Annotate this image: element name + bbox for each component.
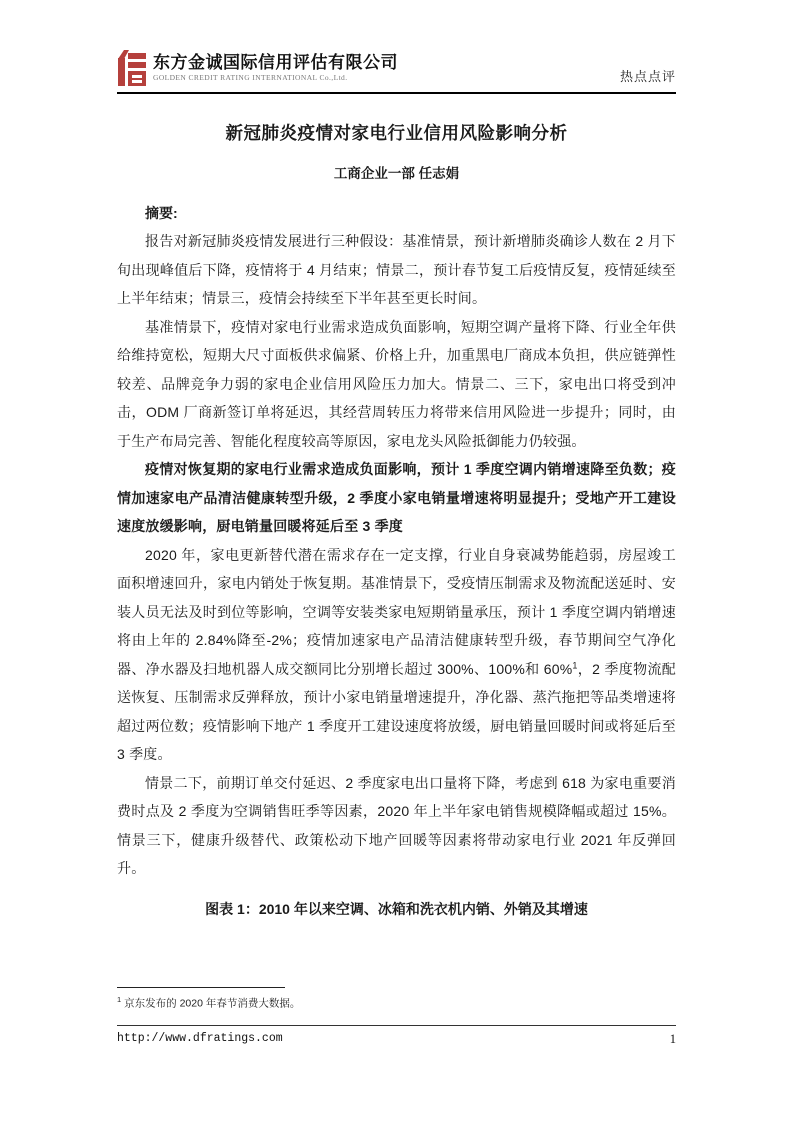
page-footer: http://www.dfratings.com 1 [117, 1025, 676, 1047]
brand-block: 东方金诚国际信用评估有限公司 GOLDEN CREDIT RATING INTE… [117, 49, 398, 87]
paragraph-scenario-2-3: 情景二下，前期订单交付延迟、2 季度家电出口量将下降，考虑到 618 为家电重要… [117, 769, 676, 883]
article-title: 新冠肺炎疫情对家电行业信用风险影响分析 [117, 120, 676, 145]
report-page: 东方金诚国际信用评估有限公司 GOLDEN CREDIT RATING INTE… [0, 0, 793, 1122]
brand-names: 东方金诚国际信用评估有限公司 GOLDEN CREDIT RATING INTE… [153, 54, 398, 82]
paragraph-2020-outlook-text: 2020 年，家电更新替代潜在需求存在一定支撑，行业自身衰减势能趋弱，房屋竣工面… [117, 547, 676, 677]
footnote-1-text: 京东发布的 2020 年春节消费大数据。 [124, 998, 300, 1010]
footer-website-link[interactable]: http://www.dfratings.com [117, 1032, 283, 1045]
footnote-1: 1京东发布的 2020 年春节消费大数据。 [117, 995, 676, 1011]
footnote-block: 1京东发布的 2020 年春节消费大数据。 [117, 987, 676, 1011]
footnote-1-marker: 1 [117, 995, 121, 1004]
article-author: 工商企业一部 任志娟 [117, 162, 676, 182]
paragraph-assumptions: 报告对新冠肺炎疫情发展进行三种假设：基准情景，预计新增肺炎确诊人数在 2 月下旬… [117, 227, 676, 313]
abstract-label: 摘要: [117, 203, 676, 223]
paragraph-baseline-scenario: 基准情景下，疫情对家电行业需求造成负面影响，短期空调产量将下降、行业全年供给维持… [117, 313, 676, 456]
page-header: 东方金诚国际信用评估有限公司 GOLDEN CREDIT RATING INTE… [0, 0, 793, 94]
paragraph-key-findings: 疫情对恢复期的家电行业需求造成负面影响，预计 1 季度空调内销增速降至负数；疫情… [117, 455, 676, 541]
company-name-cn: 东方金诚国际信用评估有限公司 [153, 54, 398, 72]
figure-1-caption: 图表 1：2010 年以来空调、冰箱和洗衣机内销、外销及其增速 [117, 899, 676, 919]
footnote-divider [117, 987, 285, 988]
doc-type-label: 热点点评 [620, 66, 676, 87]
page-number: 1 [670, 1032, 676, 1047]
golden-credit-logo-icon [117, 49, 147, 87]
article-body: 新冠肺炎疫情对家电行业信用风险影响分析 工商企业一部 任志娟 摘要: 报告对新冠… [0, 120, 793, 919]
paragraph-2020-outlook: 2020 年，家电更新替代潜在需求存在一定支撑，行业自身衰减势能趋弱，房屋竣工面… [117, 541, 676, 769]
company-name-en: GOLDEN CREDIT RATING INTERNATIONAL Co.,L… [153, 74, 398, 82]
header-row: 东方金诚国际信用评估有限公司 GOLDEN CREDIT RATING INTE… [117, 49, 676, 94]
